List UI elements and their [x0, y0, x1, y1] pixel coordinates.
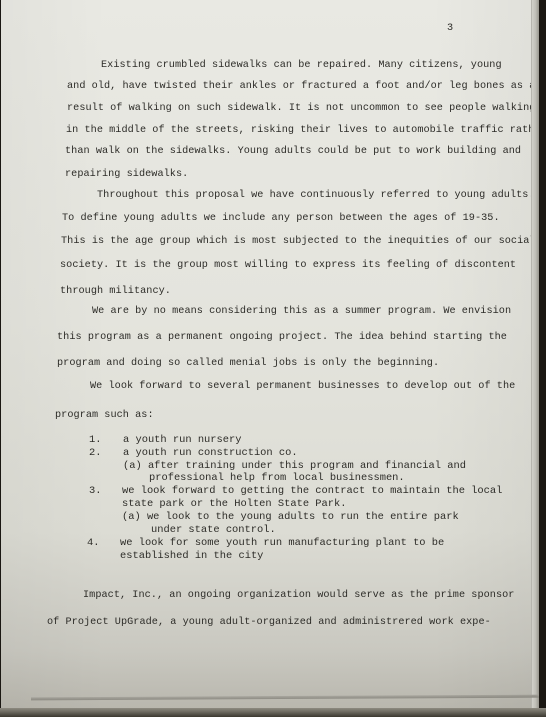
paragraph-line: of Project UpGrade, a young adult-organi…	[47, 617, 491, 628]
list-item-continued: established in the city	[120, 550, 263, 562]
paragraph-line: repairing sidewalks.	[65, 169, 188, 180]
list-subitem: (a) we look to the young adults to run t…	[122, 511, 459, 523]
paper-bottom-edge	[31, 695, 539, 701]
list-item: a youth run nursery	[123, 434, 241, 446]
list-item: we look for some youth run manufacturing…	[120, 537, 444, 549]
paragraph-line: in the middle of the streets, risking th…	[66, 125, 539, 136]
paragraph-line: through militancy.	[60, 286, 171, 297]
paragraph-line: this program as a permanent ongoing proj…	[57, 332, 507, 343]
list-item-number: 4.	[87, 537, 99, 549]
list-item: a youth run construction co.	[123, 447, 298, 459]
desk-surface	[0, 708, 546, 717]
list-subitem-continued: under state control.	[151, 524, 276, 536]
list-item-continued: state park or the Holten State Park.	[122, 498, 346, 510]
page-number: 3	[447, 23, 453, 34]
list-item-number: 3.	[89, 485, 101, 497]
paragraph-line: To define young adults we include any pe…	[62, 213, 500, 224]
list-item-number: 1.	[89, 434, 101, 446]
list-subitem-continued: professional help from local businessmen…	[149, 472, 405, 484]
paragraph-line: result of walking on such sidewalk. It i…	[67, 103, 535, 114]
paragraph-line: than walk on the sidewalks. Young adults…	[65, 146, 521, 157]
document-page: 3 Existing crumbled sidewalks can be rep…	[1, 0, 539, 708]
paragraph-line: program such as:	[55, 410, 154, 421]
paragraph-line: Impact, Inc., an ongoing organization wo…	[83, 590, 514, 601]
paper-stack-edge	[531, 0, 539, 708]
paragraph-line: We are by no means considering this as a…	[92, 306, 511, 317]
paragraph-line: This is the age group which is most subj…	[61, 236, 536, 247]
paragraph-line: and old, have twisted their ankles or fr…	[67, 81, 535, 92]
paragraph-line: Existing crumbled sidewalks can be repai…	[101, 60, 502, 71]
paragraph-line: program and doing so called menial jobs …	[57, 358, 439, 369]
paragraph-line: We look forward to several permanent bus…	[90, 381, 515, 392]
list-subitem: (a) after training under this program an…	[123, 460, 466, 472]
list-item-number: 2.	[89, 447, 101, 459]
paragraph-line: society. It is the group most willing to…	[60, 260, 516, 271]
paragraph-line: Throughout this proposal we have continu…	[97, 190, 535, 201]
list-item: we look forward to getting the contract …	[122, 485, 502, 497]
